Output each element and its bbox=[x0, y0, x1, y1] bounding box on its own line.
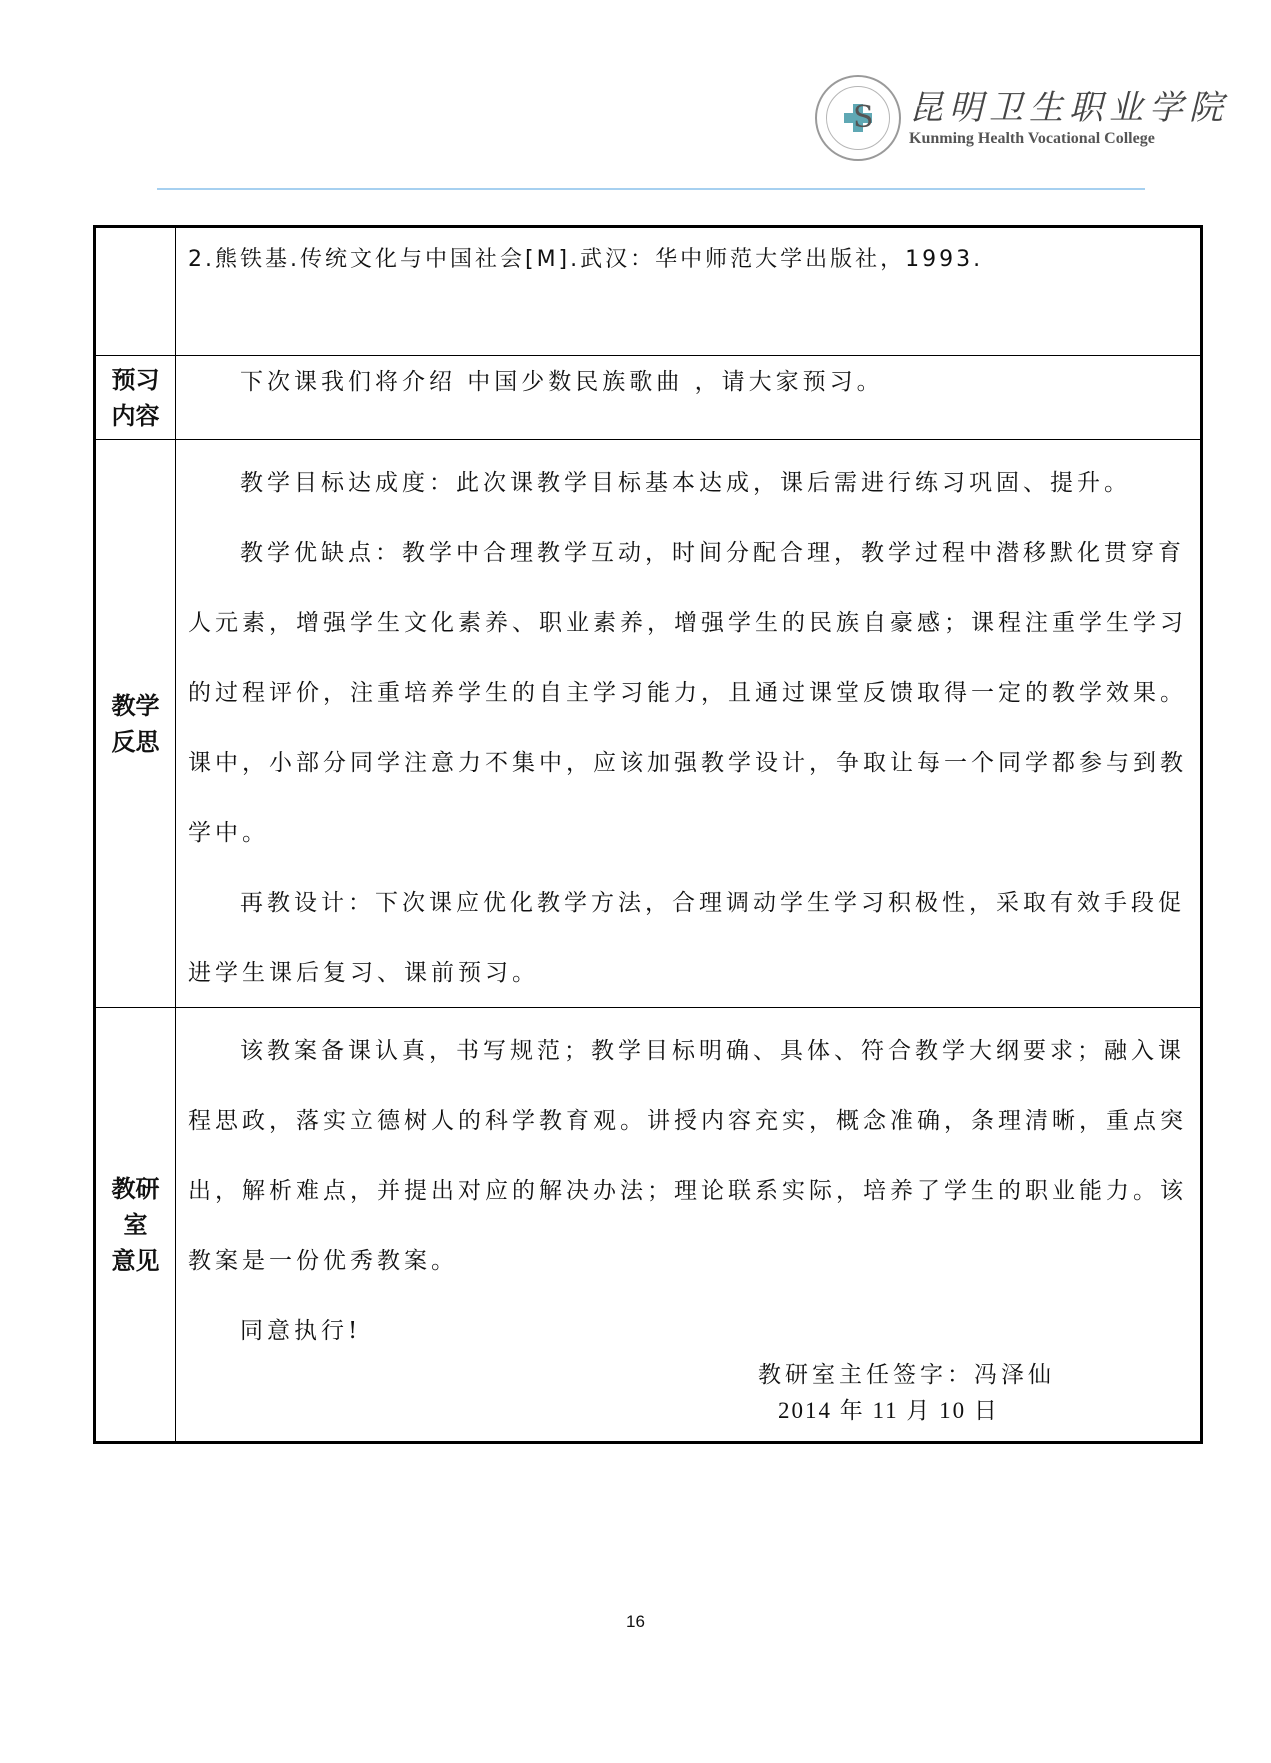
opinion-text: 该教案备课认真，书写规范；教学目标明确、具体、符合教学大纲要求；融入课程思政，落… bbox=[188, 1016, 1188, 1296]
department-opinion-row: 教研 室 意见 该教案备课认真，书写规范；教学目标明确、具体、符合教学大纲要求；… bbox=[96, 1007, 1200, 1441]
reflection-redesign: 再教设计：下次课应优化教学方法，合理调动学生学习积极性，采取有效手段促进学生课后… bbox=[188, 868, 1188, 1008]
medical-cross-icon: S bbox=[844, 104, 872, 132]
reflection-row: 教学 反思 教学目标达成度：此次课教学目标基本达成，课后需进行练习巩固、提升。 … bbox=[96, 439, 1200, 1007]
college-name-en: Kunming Health Vocational College bbox=[909, 130, 1229, 148]
signature-date: 2014 年 11 月 10 日 bbox=[778, 1394, 999, 1428]
reflection-goal-achievement: 教学目标达成度：此次课教学目标基本达成，课后需进行练习巩固、提升。 bbox=[188, 448, 1188, 518]
header-divider bbox=[157, 188, 1145, 190]
lesson-plan-table: 2.熊铁基.传统文化与中国社会[M].武汉：华中师范大学出版社，1993. 预习… bbox=[93, 225, 1203, 1444]
department-opinion-label: 教研 室 意见 bbox=[96, 1008, 176, 1441]
page-header: S 昆明卫生职业学院 Kunming Health Vocational Col… bbox=[0, 0, 1271, 200]
preview-text: 下次课我们将介绍 中国少数民族歌曲 ，请大家预习。 bbox=[188, 356, 1188, 408]
reference-item: 2.熊铁基.传统文化与中国社会[M].武汉：华中师范大学出版社，1993. bbox=[188, 240, 1188, 280]
references-row: 2.熊铁基.传统文化与中国社会[M].武汉：华中师范大学出版社，1993. bbox=[96, 228, 1200, 355]
reflection-strengths-weaknesses: 教学优缺点：教学中合理教学互动，时间分配合理，教学过程中潜移默化贯穿育人元素，增… bbox=[188, 518, 1188, 868]
references-label bbox=[96, 228, 176, 355]
preview-row: 预习 内容 下次课我们将介绍 中国少数民族歌曲 ，请大家预习。 bbox=[96, 355, 1200, 439]
college-logo: S 昆明卫生职业学院 Kunming Health Vocational Col… bbox=[815, 75, 1229, 161]
reflection-label: 教学 反思 bbox=[96, 440, 176, 1007]
preview-label: 预习 内容 bbox=[96, 356, 176, 439]
director-signature: 教研室主任签字：冯泽仙 bbox=[758, 1358, 1055, 1392]
opinion-approval: 同意执行! bbox=[188, 1296, 1188, 1366]
dragon-icon: S bbox=[853, 100, 874, 136]
college-name-cn: 昆明卫生职业学院 bbox=[909, 88, 1229, 128]
college-seal-icon: S bbox=[815, 75, 901, 161]
page-number: 16 bbox=[0, 1612, 1271, 1632]
